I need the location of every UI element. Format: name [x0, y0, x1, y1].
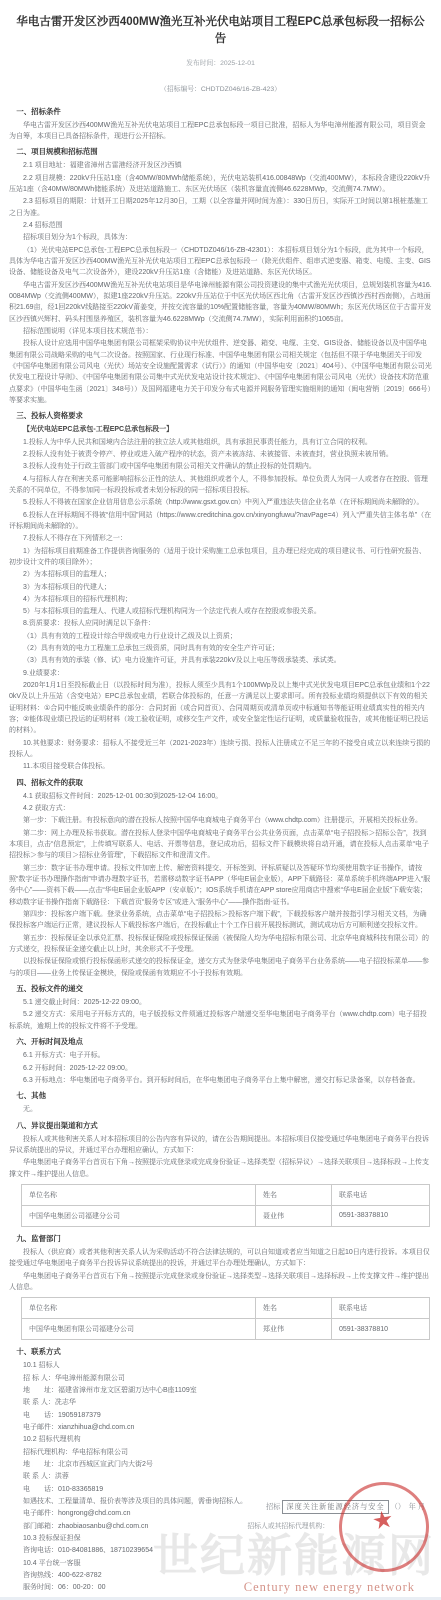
paragraph: （1）光伏电站EPC总承包-工程EPC总承包标段一（CHDTDZ046/16-Z…: [9, 245, 432, 279]
paragraph: 2.3 招标项目的期限：计划开工日期2025年12月30日，工期（以全容量并网时…: [9, 196, 432, 219]
paragraph: 联 系 人：冼志华: [9, 1397, 432, 1408]
paragraph: 1）为招标项目前期准备工作提供咨询服务的（适用于设计采购施工总承包项目，且办理已…: [9, 546, 432, 569]
section-heading: 七、其他: [9, 1089, 432, 1103]
paragraph: （3）具有有效的承装（修、试）电力设施许可证，并具有承装220kV及以上电压等级…: [9, 655, 432, 666]
section-heading: 十、联系方式: [9, 1345, 432, 1359]
paragraph: 投标人设计应选用中国华电集团有限公司框架采购协议中光伏组件、逆变器、箱变、电缆、…: [9, 338, 432, 406]
paragraph: 11.本项目接受联合体投标。: [9, 761, 432, 772]
paragraph: 投标人或其他利害关系人对本招标项目的公告内容有异议的，请在公告期间提出。本招标项…: [9, 1134, 432, 1157]
closing-prefix: 招标: [266, 1502, 280, 1511]
table-header-cell: 姓名: [255, 1298, 331, 1319]
paragraph: 6.2 开标时间：2025-12-22 09:00。: [9, 1063, 432, 1074]
paragraph: 6.3 开标地点：华电集团电子商务平台。到开标时间后，在华电集团电子商务平台上集…: [9, 1075, 432, 1086]
paragraph: 6.1 开标方式：电子开标。: [9, 1050, 432, 1061]
table-cell: 中国华电集团有限公司福建分公司: [22, 1319, 256, 1340]
footer-area: 招标深度关注新能源经济与安全（） 年 月 招标人或其招标代理机构： 世纪新能源网…: [0, 1450, 441, 1600]
section-heading: 二、项目规模和招标范围: [9, 145, 432, 159]
section-heading: 三、投标人资格要求: [9, 409, 432, 423]
paragraph: 10.1 招标人: [9, 1360, 432, 1371]
paragraph: 2020年1月1日至投标截止日（以投标时间为准），投标人须至少具有1个100MW…: [9, 680, 432, 737]
paragraph: 4.1 获取招标文件时间：2025-12-01 00:30到2025-12-04…: [9, 791, 432, 802]
section-heading: 九、监督部门: [9, 1232, 432, 1246]
paragraph: 第一步：下载注册。有投标意向的潜在投标人按照中国华电商城电子商务平台（www.c…: [9, 815, 432, 826]
paragraph: 2.投标人没有处于被责令停产、停业或进入破产程序的状态，资产未被冻结、未被接管、…: [9, 449, 432, 460]
seal-star-icon: ★: [340, 1502, 427, 1540]
paragraph: 2.2 项目规模：220kV升压站1座（含40MW/80MWh储能系统），光伏电…: [9, 173, 432, 196]
table-row: 中国华电集团有限公司福建分公司郑业伟0591-38378810: [22, 1319, 430, 1340]
paragraph: 9.业绩要求：: [9, 668, 432, 679]
table-cell: 0591-38378810: [331, 1319, 429, 1340]
paragraph: 2.1 项目地址：福建省漳州古雷港经济开发区沙西镇: [9, 160, 432, 171]
paragraph: 4）为本招标项目的招标代理机构；: [9, 594, 432, 605]
paragraph: 第三步：数字证书办理申请。投标文件加密上传、解密资料提交、开标签到、评标质疑以及…: [9, 863, 432, 908]
paragraph: 华电古雷开发区沙西400MW渔光互补光伏电站项目工程EPC总承包标段一项目已批准…: [9, 120, 432, 143]
paragraph: 5）与本招标项目的监理人、代建人或招标代理机构同为一个法定代表人或存在控股或参股…: [9, 606, 432, 617]
table-header-cell: 联系电话: [331, 1298, 429, 1319]
table-cell: 0591-38378810: [331, 1205, 429, 1226]
table-header-cell: 单位名称: [22, 1298, 256, 1319]
paragraph: 华电集团电子商务平台首页右下角→按照提示完成登录或身份验证→选择类型→选择关联项…: [9, 1271, 432, 1294]
section-heading: 六、开标时间及地点: [9, 1035, 432, 1049]
paragraph: 以投标保证保险或银行投标保函形式递交的投标保证金，递交方式为登录华电集团电子商务…: [9, 956, 432, 979]
contact-table: 单位名称姓名联系电话中国华电集团有限公司福建分公司郑业伟0591-3837881…: [21, 1297, 430, 1340]
paragraph: 4.2 获取方式：: [9, 803, 432, 814]
table-header-row: 单位名称姓名联系电话: [22, 1184, 430, 1205]
paragraph: 电子邮件：xianzhihua@chd.com.cn: [9, 1422, 432, 1433]
paragraph: 第五步：投标保证金以承兑汇票、投标保证保险或投标保证保函（被保险人均为华电招标有…: [9, 933, 432, 956]
paragraph: 投标人（供应商）或者其他利害关系人认为采购活动不符合法律法规的，可以自知道或者应…: [9, 1247, 432, 1270]
paragraph: （1）具有有效的工程设计综合甲级或电力行业设计乙级及以上资质；: [9, 631, 432, 642]
table-cell: 中国华电集团公司福建分公司: [22, 1205, 256, 1226]
paragraph: 招标范围说明（详见本项目技术规范书）：: [9, 326, 432, 337]
table-header-cell: 姓名: [255, 1184, 331, 1205]
paragraph: 第二步：网上办理及标书获取。潜在投标人登录中国华电商城电子商务平台公共业务页面，…: [9, 828, 432, 862]
paragraph: 5.2 递交方式：采用电子开标方式的，电子版投标文件须通过投标客户端递交至华电集…: [9, 1009, 432, 1032]
document-body: 一、招标条件华电古雷开发区沙西400MW渔光互补光伏电站项目工程EPC总承包标段…: [9, 105, 432, 1594]
paragraph: 招 标 人：华电漳州能源有限公司: [9, 1373, 432, 1384]
table-row: 中国华电集团公司福建分公司聂业伟0591-38378810: [22, 1205, 430, 1226]
paragraph: 华电古雷开发区沙西400MW渔光互补光伏电站项目是华电漳州能源有限公司投资建设的…: [9, 280, 432, 325]
paragraph: 地 址：福建省漳州市龙文区碧湖万达中心B座1109室: [9, 1385, 432, 1396]
table-header-cell: 单位名称: [22, 1184, 256, 1205]
paragraph: 10.2 招标代理机构: [9, 1434, 432, 1445]
section-heading: 一、招标条件: [9, 105, 432, 119]
section-heading: 五、投标文件的递交: [9, 982, 432, 996]
paragraph: 7.投标人不得存在下列情形之一：: [9, 533, 432, 544]
paragraph: 2.4 招标范围: [9, 220, 432, 231]
paragraph: 华电集团电子商务平台首页右下角→按照提示完成登录或完成身份验证→选择类型（招标异…: [9, 1157, 432, 1180]
paragraph: 5.1 递交截止时间：2025-12-22 09:00。: [9, 997, 432, 1008]
subsection-title: 【光伏电站EPC总承包-工程EPC总承包标段一】: [9, 424, 432, 435]
paragraph: （2）具有有效的电力工程施工总承包三级资质，同时具有有效的安全生产许可证；: [9, 643, 432, 654]
section-heading: 四、招标文件的获取: [9, 776, 432, 790]
paragraph: 3）为本招标项目的代建人；: [9, 582, 432, 593]
tender-number: （招标编号：CHDTDZ046/16-ZB-423）: [9, 83, 432, 93]
contact-table: 单位名称姓名联系电话中国华电集团公司福建分公司聂业伟0591-38378810: [21, 1184, 430, 1227]
section-heading: 八、异议提出渠道和方式: [9, 1119, 432, 1133]
paragraph: 第四步：投标客户端下载。登录业务系统，点击菜单“电子招投标＞投标客户端下载”，下…: [9, 909, 432, 932]
page-title: 华电古雷开发区沙西400MW渔光互补光伏电站项目工程EPC总承包标段一招标公告: [15, 14, 426, 49]
paragraph: 5.投标人不得被在国家企业信用信息公示系统（http://www.gsxt.go…: [9, 497, 432, 508]
paragraph: 8.资质要求：投标人应同时满足以下条件：: [9, 618, 432, 629]
paragraph: 4.与招标人存在利害关系可能影响招标公正性的法人、其他组织或者个人，不得参加投标…: [9, 474, 432, 497]
announcement-page: 华电古雷开发区沙西400MW渔光互补光伏电站项目工程EPC总承包标段一招标公告 …: [0, 0, 441, 1600]
document-content: 华电古雷开发区沙西400MW渔光互补光伏电站项目工程EPC总承包标段一招标公告 …: [0, 0, 441, 1594]
table-cell: 郑业伟: [255, 1319, 331, 1340]
paragraph: 2）为本招标项目的监理人；: [9, 569, 432, 580]
paragraph: 1.投标人为中华人民共和国境内合法注册的独立法人或其他组织，具有承担民事责任能力…: [9, 437, 432, 448]
paragraph: 10.其他要求：财务要求：招标人不接受近三年（2021-2023年）连续亏损、投…: [9, 738, 432, 761]
paragraph: 无。: [9, 1104, 432, 1115]
paragraph: 6.投标人在评标期间不得被“信用中国”网站（https://www.credit…: [9, 510, 432, 533]
publish-time: 发布时间：2025-12-01: [9, 57, 432, 67]
paragraph: 招标项目划分为1个标段，具体为：: [9, 232, 432, 243]
table-cell: 聂业伟: [255, 1205, 331, 1226]
paragraph: 电 话：19059187379: [9, 1410, 432, 1421]
table-header-row: 单位名称姓名联系电话: [22, 1298, 430, 1319]
watermark-text-en: Century new energy network: [244, 1580, 415, 1595]
paragraph: 3.投标人没有处于行政主管部门或中国华电集团有限公司相关文件确认的禁止投标的处罚…: [9, 461, 432, 472]
table-header-cell: 联系电话: [331, 1184, 429, 1205]
